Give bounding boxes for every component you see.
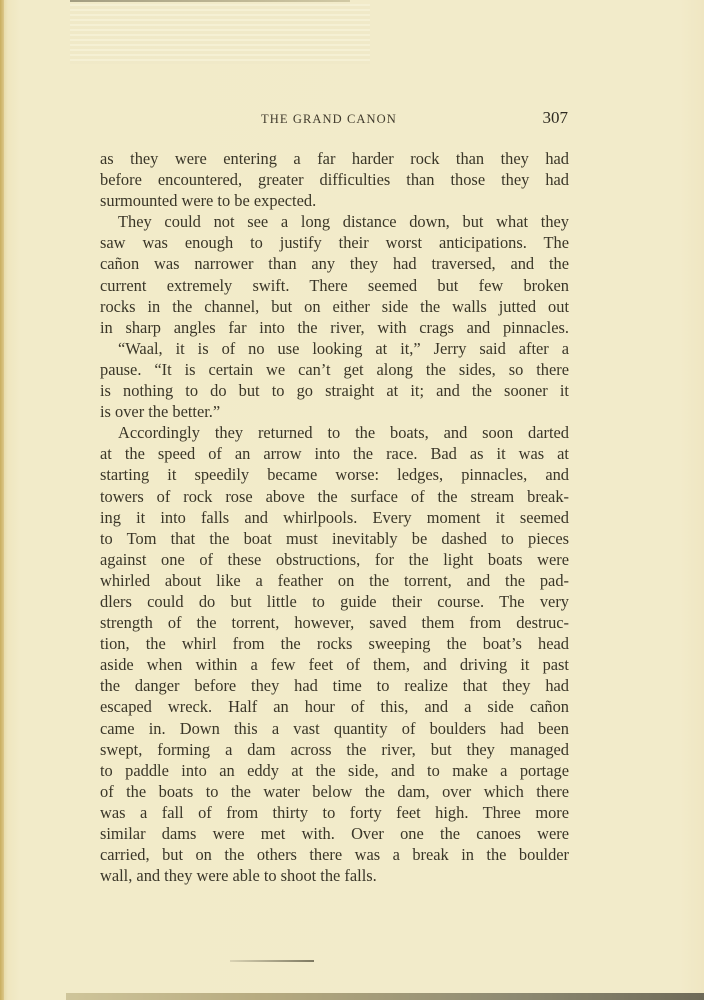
paragraph: as they were entering a far harder rock …: [100, 148, 569, 211]
page-number: 307: [543, 108, 569, 128]
text-line: rocks in the channel, but on either side…: [100, 296, 569, 317]
text-line: starting it speedily became worse: ledge…: [100, 464, 569, 485]
text-line: wall, and they were able to shoot the fa…: [100, 865, 569, 886]
scan-bottom-mark: [230, 960, 314, 962]
page-header: THE GRAND CANON 307: [100, 108, 568, 132]
text-line: whirled about like a feather on the torr…: [100, 570, 569, 591]
text-line: in sharp angles far into the river, with…: [100, 317, 569, 338]
paragraph: “Waal, it is of no use looking at it,” J…: [100, 338, 569, 422]
text-line: is nothing to do but to go straight at i…: [100, 380, 569, 401]
text-line: to Tom that the boat must inevitably be …: [100, 528, 569, 549]
paragraph: Accordingly they returned to the boats, …: [100, 422, 569, 886]
body-text: as they were entering a far harder rock …: [100, 148, 569, 886]
text-line: They could not see a long distance down,…: [100, 211, 569, 232]
text-line: the danger before they had time to reali…: [100, 675, 569, 696]
text-line: is over the better.”: [100, 401, 569, 422]
text-line: Accordingly they returned to the boats, …: [100, 422, 569, 443]
text-line: cañon was narrower than any they had tra…: [100, 253, 569, 274]
text-line: escaped wreck. Half an hour of this, and…: [100, 696, 569, 717]
text-line: aside when within a few feet of them, an…: [100, 654, 569, 675]
text-line: at the speed of an arrow into the race. …: [100, 443, 569, 464]
text-line: was a fall of from thirty to forty feet …: [100, 802, 569, 823]
text-line: strength of the torrent, however, saved …: [100, 612, 569, 633]
text-line: “Waal, it is of no use looking at it,” J…: [100, 338, 569, 359]
scan-top-edge-mark: [70, 0, 350, 2]
text-line: surmounted were to be expected.: [100, 190, 569, 211]
text-line: saw was enough to justify their worst an…: [100, 232, 569, 253]
text-line: came in. Down this a vast quantity of bo…: [100, 718, 569, 739]
text-line: similar dams were met with. Over one the…: [100, 823, 569, 844]
text-line: swept, forming a dam across the river, b…: [100, 739, 569, 760]
text-line: tion, the whirl from the rocks sweeping …: [100, 633, 569, 654]
paragraph: They could not see a long distance down,…: [100, 211, 569, 338]
scan-streaks: [70, 4, 370, 64]
page-binding-edge: [0, 0, 4, 1000]
text-line: current extremely swift. There seemed bu…: [100, 275, 569, 296]
running-title: THE GRAND CANON: [261, 112, 397, 127]
text-line: dlers could do but little to guide their…: [100, 591, 569, 612]
text-line: pause. “It is certain we can’t get along…: [100, 359, 569, 380]
text-line: towers of rock rose above the surface of…: [100, 486, 569, 507]
scan-bottom-edge: [66, 993, 704, 1000]
text-line: before encountered, greater difficulties…: [100, 169, 569, 190]
text-line: ing it into falls and whirlpools. Every …: [100, 507, 569, 528]
text-line: of the boats to the water below the dam,…: [100, 781, 569, 802]
text-line: against one of these obstructions, for t…: [100, 549, 569, 570]
text-line: carried, but on the others there was a b…: [100, 844, 569, 865]
book-page: THE GRAND CANON 307 as they were enterin…: [0, 0, 704, 1000]
text-line: to paddle into an eddy at the side, and …: [100, 760, 569, 781]
text-line: as they were entering a far harder rock …: [100, 148, 569, 169]
